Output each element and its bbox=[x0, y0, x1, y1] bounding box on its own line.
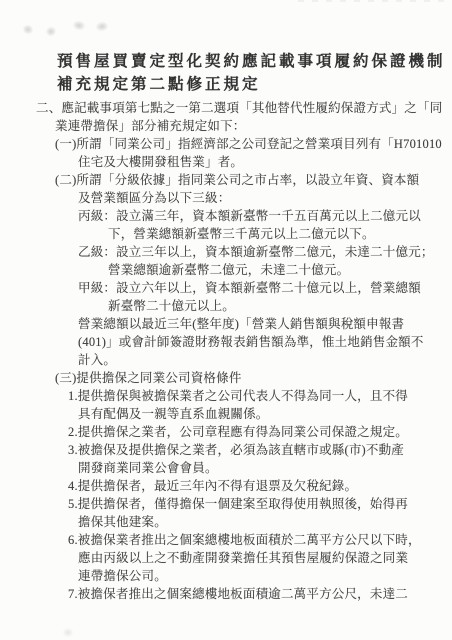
text-line: 1.提供擔保與被擔保業者之公司代表人不得為同一人，且不得 bbox=[68, 387, 452, 405]
text-line: 下，營業總額新臺幣三千萬元以上二億元以下。 bbox=[108, 225, 452, 243]
text-line: 新臺幣二十億元以上。 bbox=[108, 297, 452, 315]
text-line: 營業總額逾新臺幣二億元，未達二十億元。 bbox=[108, 261, 452, 279]
text-line: 二、應記載事項第七點之一第二選項「其他替代性履約保證方式」之「同 bbox=[36, 99, 452, 117]
text-line: 5.提供擔保者，僅得擔保一個建案至取得使用執照後，始得再 bbox=[68, 495, 452, 513]
text-line: 2.提供擔保之業者，公司章程應有得為同業公司保證之規定。 bbox=[68, 423, 452, 441]
document-title-line-1: 預售屋買賣定型化契約應記載事項履約保證機制 bbox=[57, 50, 452, 73]
document-body: 二、應記載事項第七點之一第二選項「其他替代性履約保證方式」之「同業連帶擔保」部分… bbox=[0, 99, 452, 603]
text-line: 6.被擔保業者推出之個案總樓地板面積於二萬平方公尺以下時， bbox=[68, 531, 452, 549]
text-line: 應由丙級以上之不動產開發業擔任其預售屋履約保證之同業 bbox=[78, 549, 452, 567]
text-line: 擔保其他建案。 bbox=[78, 513, 452, 531]
text-line: 及營業額區分為以下三級： bbox=[78, 189, 452, 207]
scanned-document-page: 預售屋買賣定型化契約應記載事項履約保證機制 補充規定第二點修正規定 二、應記載事… bbox=[0, 0, 452, 640]
text-line: 具有配偶及一親等直系血親關係。 bbox=[78, 405, 452, 423]
text-line: (三)提供擔保之同業公司資格條件 bbox=[55, 369, 452, 387]
scan-edge-streak bbox=[298, 0, 448, 2]
text-line: (二)所謂「分級依據」指同業公司之市占率，以設立年資、資本額 bbox=[55, 171, 452, 189]
text-line: 連帶擔保公司。 bbox=[78, 567, 452, 585]
text-line: 業連帶擔保」部分補充規定如下： bbox=[55, 117, 452, 135]
document-title: 預售屋買賣定型化契約應記載事項履約保證機制 補充規定第二點修正規定 bbox=[57, 50, 452, 96]
text-line: (401)」或會計師簽證財務報表銷售額為準，惟土地銷售金額不 bbox=[78, 333, 452, 351]
pencil-smudge bbox=[63, 628, 73, 637]
text-line: 住宅及大樓開發租售業」者。 bbox=[78, 153, 452, 171]
text-line: 計入。 bbox=[78, 351, 452, 369]
text-line: 甲級：設立六年以上，資本額新臺幣二十億元以上，營業總額 bbox=[78, 279, 452, 297]
text-line: 4.提供擔保者，最近三年內不得有退票及欠稅紀錄。 bbox=[68, 477, 452, 495]
text-line: 開發商業同業公會會員。 bbox=[78, 459, 452, 477]
text-line: (一)所謂「同業公司」指經濟部之公司登記之營業項目列有「H701010 bbox=[55, 135, 452, 153]
document-title-line-2: 補充規定第二點修正規定 bbox=[57, 73, 452, 96]
text-line: 乙級：設立三年以上，資本額逾新臺幣二億元，未達二十億元； bbox=[78, 243, 452, 261]
text-line: 營業總額以最近三年(整年度)「營業人銷售額與稅額申報書 bbox=[78, 315, 452, 333]
text-line: 7.被擔保者推出之個案總樓地板面積逾二萬平方公尺，未達二 bbox=[68, 585, 452, 603]
document-content: 預售屋買賣定型化契約應記載事項履約保證機制 補充規定第二點修正規定 二、應記載事… bbox=[0, 0, 452, 603]
text-line: 丙級：設立滿三年，資本額新臺幣一千五百萬元以上二億元以 bbox=[78, 207, 452, 225]
text-line: 3.被擔保及提供擔保之業者，必須為該直轄市或縣(市)不動產 bbox=[68, 441, 452, 459]
